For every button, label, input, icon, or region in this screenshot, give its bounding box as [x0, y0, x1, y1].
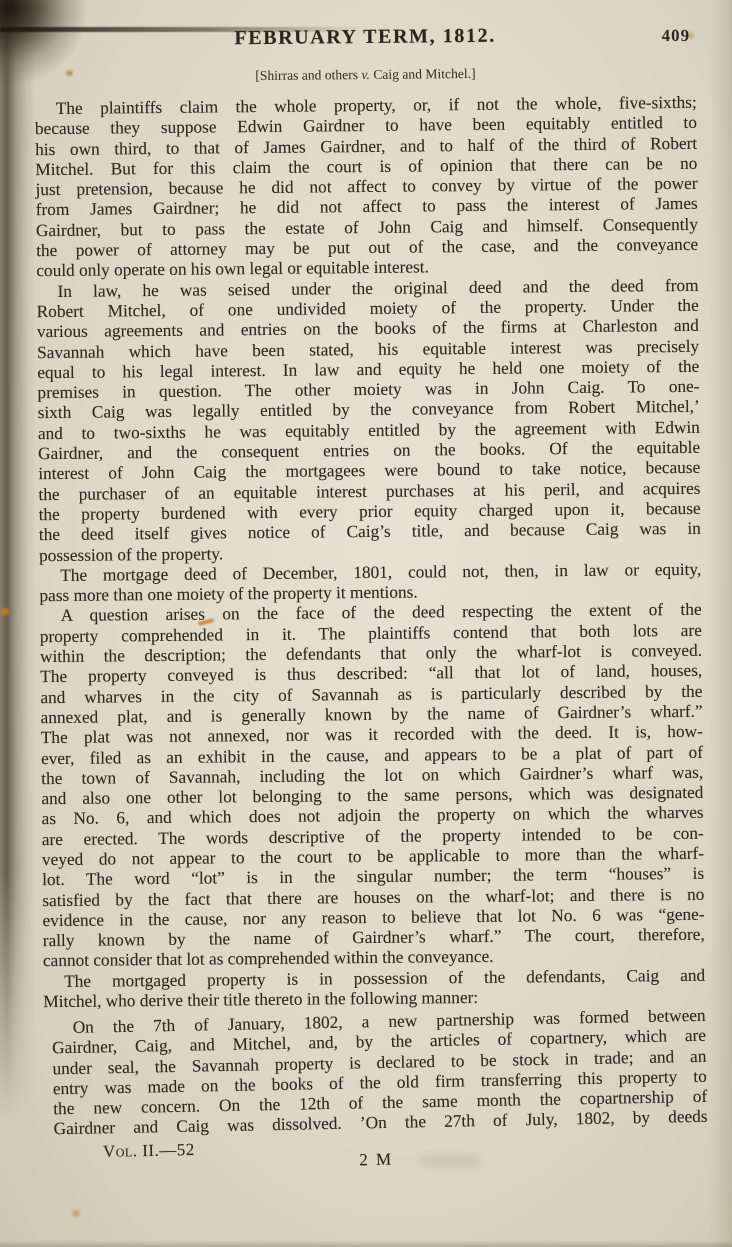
- page-edge-right: [710, 0, 732, 1247]
- paragraph: The mortgage deed of December, 1801, cou…: [39, 560, 701, 607]
- page-content: FEBRUARY TERM, 1812. 409 [Shirras and ot…: [34, 23, 707, 1185]
- foxing-spot: [72, 1210, 80, 1217]
- page-edge-bottom: [0, 1240, 732, 1247]
- paragraph: The plaintiffs claim the whole property,…: [35, 93, 699, 282]
- body-text: The plaintiffs claim the whole property,…: [35, 93, 707, 1134]
- paragraph: On the 7th of January, 1802, a new partn…: [44, 1006, 708, 1140]
- page-footer: Vol. II.—52 2 M: [45, 1129, 708, 1193]
- scanned-page: FEBRUARY TERM, 1812. 409 [Shirras and ot…: [0, 0, 732, 1247]
- page-title: FEBRUARY TERM, 1812.: [34, 23, 696, 52]
- paragraph: In law, he was seised under the original…: [36, 275, 701, 565]
- paragraph: A question arises on the face of the dee…: [40, 600, 705, 972]
- page-number: 409: [662, 26, 691, 46]
- running-header: FEBRUARY TERM, 1812. 409: [34, 23, 696, 61]
- case-caption-pre: [Shirras and others: [255, 67, 361, 83]
- case-caption-post: Caig and Mitchel.]: [370, 66, 476, 82]
- binding-shadow: [0, 0, 36, 1120]
- case-caption: [Shirras and others v. Caig and Mitchel.…: [34, 64, 696, 86]
- paragraph: The mortgaged property is in possession …: [43, 966, 705, 1013]
